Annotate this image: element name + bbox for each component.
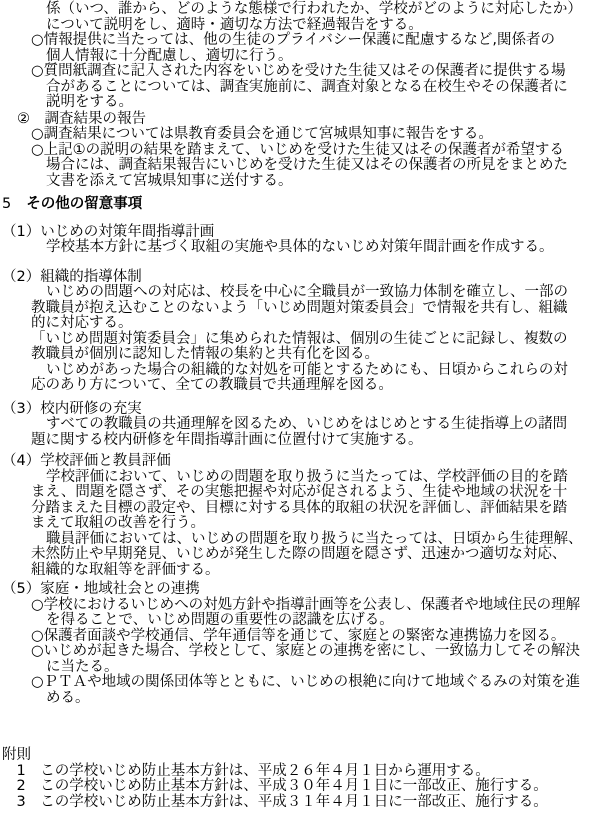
text-line: について説明をし、適時・適切な方法で経過報告をする。 bbox=[0, 18, 600, 34]
text-line: いじめがあった場合の組織的な対処を可能とするためにも、日頃からこれらの対 bbox=[0, 363, 600, 379]
text-line: ○情報提供に当たっては、他の生徒のプライバシー保護に配慮するなど,関係者の bbox=[0, 33, 600, 49]
text-line: 3 この学校いじめ防止基本方針は、平成３１年４月１日に一部改正、施行する。 bbox=[0, 795, 600, 811]
text-line: に当たる。 bbox=[0, 660, 600, 676]
section-item-2-organizational-guidance-system: （2）組織的指導体制いじめの問題への対応は、校長を中心に全職員が一致協力体制を確… bbox=[0, 270, 600, 394]
text-line: 1 この学校いじめ防止基本方針は、平成２６年４月１日から運用する。 bbox=[0, 764, 600, 780]
text-line: 2 この学校いじめ防止基本方針は、平成３０年４月１日に一部改正、施行する。 bbox=[0, 779, 600, 795]
text-line: ○ＰＴＡや地域の関係団体等とともに、いじめの根絶に向けて地域ぐるみの対策を進 bbox=[0, 675, 600, 691]
text-line: 応のあり方について、全ての教職員で共通理解を図る。 bbox=[0, 378, 600, 394]
text-line: （2）組織的指導体制 bbox=[0, 270, 600, 286]
section-item-4-school-and-teacher-evaluation: （4）学校評価と教員評価学校評価において、いじめの問題を取り扱うに当たっては、学… bbox=[0, 454, 600, 578]
document-page: 係（いつ、誰から、どのような態様で行われたか、学校がどのように対応したか）につい… bbox=[0, 0, 600, 822]
section-heading: 5その他の留意事項 bbox=[0, 197, 600, 213]
text-line: ② 調査結果の報告 bbox=[0, 112, 600, 128]
text-line: ○調査結果については県教育委員会を通じて宮城県知事に報告をする。 bbox=[0, 127, 600, 143]
text-line: 題に関する校内研修を年間指導計画に位置付けて実施する。 bbox=[0, 433, 600, 449]
text-line: 文書を添えて宮城県知事に送付する。 bbox=[0, 174, 600, 190]
text-line: （5）家庭・地域社会との連携 bbox=[0, 582, 600, 598]
text-line: 教職員が個別に認知した情報の集約と共有化を図る。 bbox=[0, 347, 600, 363]
text-line: 分踏まえた目標の設定や、目標に対する具体的取組の状況を評価し、評価結果を踏 bbox=[0, 501, 600, 517]
text-line: 教職員が抱え込むことのないよう「いじめ問題対策委員会」で情報を共有し、組織 bbox=[0, 301, 600, 317]
text-line: 説明をする。 bbox=[0, 95, 600, 111]
text-line: 組織的な取組等を評価する。 bbox=[0, 563, 600, 579]
section-item-5-family-community-cooperation: （5）家庭・地域社会との連携○学校におけるいじめへの対処方針や指導計画等を公表し… bbox=[0, 582, 600, 706]
text-line: 「いじめ問題対策委員会」に集められた情報は、個別の生徒ごとに記録し、複数の bbox=[0, 332, 600, 348]
text-line: ○保護者面談や学校通信、学年通信等を通じて、家庭との緊密な連携協力を図る。 bbox=[0, 629, 600, 645]
text-line: 場合には、調査結果報告にいじめを受けた生徒又はその保護者の所見をまとめた bbox=[0, 158, 600, 174]
section-supplementary-provisions: 附則 1 この学校いじめ防止基本方針は、平成２６年４月１日から運用する。 2 こ… bbox=[0, 748, 600, 810]
text-line: 附則 bbox=[0, 748, 600, 764]
text-line: 的に対応する。 bbox=[0, 316, 600, 332]
text-line: ○質問紙調査に記入された内容をいじめを受けた生徒又はその保護者に提供する場 bbox=[0, 64, 600, 80]
section-section-5-heading: 5その他の留意事項 bbox=[0, 197, 600, 213]
text-line: 職員評価においては、いじめの問題を取り扱うに当たっては、日頃から生徒理解、 bbox=[0, 532, 600, 548]
text-line: ○いじめが起きた場合、学校として、家庭との連携を密にし、一致協力してその解決 bbox=[0, 644, 600, 660]
text-line: 個人情報に十分配慮し、適切に行う。 bbox=[0, 49, 600, 65]
section-survey-result-report: ② 調査結果の報告○調査結果については県教育委員会を通じて宮城県知事に報告をする… bbox=[0, 112, 600, 190]
section-survey-provision-notes: 係（いつ、誰から、どのような態様で行われたか、学校がどのように対応したか）につい… bbox=[0, 2, 600, 111]
text-line: すべての教職員の共通理解を図るため、いじめをはじめとする生徒指導上の諸問 bbox=[0, 417, 600, 433]
text-line: 合があることについては、調査実施前に、調査対象となる在校生やその保護者に bbox=[0, 80, 600, 96]
text-line: 学校基本方針に基づく取組の実施や具体的ないじめ対策年間計画を作成する。 bbox=[0, 240, 600, 256]
text-line: 未然防止や早期発見、いじめが発生した際の問題を隠さず、迅速かつ適切な対応、 bbox=[0, 547, 600, 563]
text-line: まえて取組の改善を行う。 bbox=[0, 516, 600, 532]
section-item-1-annual-guidance-plan: （1）いじめの対策年間指導計画学校基本方針に基づく取組の実施や具体的ないじめ対策… bbox=[0, 225, 600, 256]
section-item-3-in-school-training: （3）校内研修の充実すべての教職員の共通理解を図るため、いじめをはじめとする生徒… bbox=[0, 402, 600, 449]
text-line: ○上記①の説明の結果を踏まえて、いじめを受けた生徒又はその保護者が希望する bbox=[0, 143, 600, 159]
text-line: 学校評価において、いじめの問題を取り扱うに当たっては、学校評価の目的を踏 bbox=[0, 470, 600, 486]
text-line: める。 bbox=[0, 691, 600, 707]
text-line: （3）校内研修の充実 bbox=[0, 402, 600, 418]
text-line: ○学校におけるいじめへの対処方針や指導計画等を公表し、保護者や地域住民の理解 bbox=[0, 598, 600, 614]
text-line: を得ることで、いじめ問題の重要性の認識を広げる。 bbox=[0, 613, 600, 629]
section-heading-title: その他の留意事項 bbox=[26, 196, 142, 212]
section-heading-number: 5 bbox=[2, 196, 11, 212]
text-line: 係（いつ、誰から、どのような態様で行われたか、学校がどのように対応したか） bbox=[0, 2, 600, 18]
text-line: いじめの問題への対応は、校長を中心に全職員が一致協力体制を確立し、一部の bbox=[0, 285, 600, 301]
text-line: まえ、問題を隠さず、その実態把握や対応が促されるよう、生徒や地域の状況を十 bbox=[0, 485, 600, 501]
text-line: （1）いじめの対策年間指導計画 bbox=[0, 225, 600, 241]
text-line: （4）学校評価と教員評価 bbox=[0, 454, 600, 470]
